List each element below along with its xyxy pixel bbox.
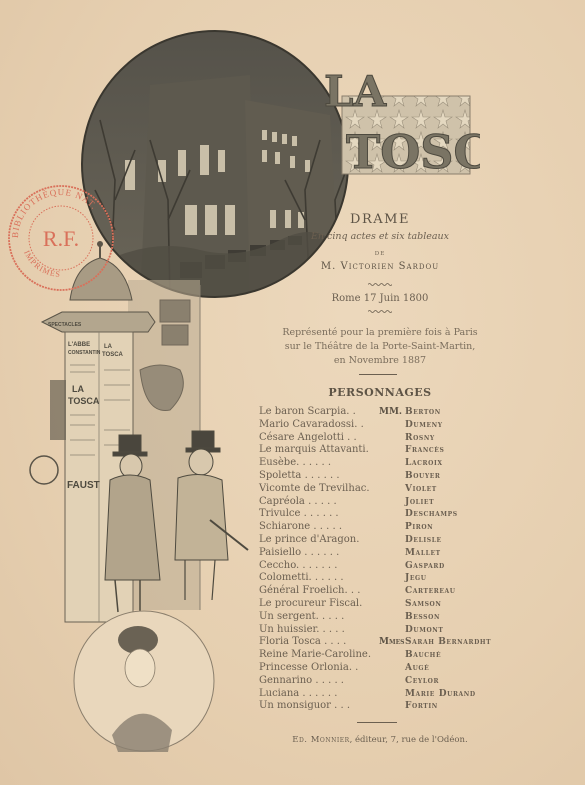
role-name: Un monsiguor . . . [259,700,350,713]
actor-name: Jegu [405,572,427,585]
library-stamp: BIBLIOTHÈQUE NAT. IMPRIMÉS R.F. [4,184,118,292]
premiere-line-1: Représenté pour la première fois à Paris [250,326,510,340]
cast-row: Général Froelich. . .Cartereau [259,585,519,598]
role-name: Le baron Scarpia. . [259,406,356,419]
actor-name: Violet [405,483,437,496]
actor-name: Deschamps [405,508,458,521]
subtitle: En cinq actes et six tableaux [250,231,510,242]
role-name: Vicomte de Trevilhac. [259,483,370,496]
role-name: Le procureur Fiscal. [259,598,362,611]
role-name: Césare Angelotti . . [259,432,357,445]
author: M. Victorien Sardou [250,261,510,272]
actor-name: Francès [405,444,444,457]
actor-name: Besson [405,611,440,624]
cast-row: Floria Tosca . . . .MmesSarah Bernardht [259,636,519,649]
by-label: DE [250,251,510,257]
svg-text:LA: LA [72,384,84,394]
cast-row: Vicomte de Trevilhac.Violet [259,483,519,496]
actor-name: Berton [405,406,441,419]
cast-row: Un monsiguor . . .Fortin [259,700,519,713]
divider-rule [359,374,397,375]
cast-row: Eusèbe. . . . . .Lacroix [259,457,519,470]
la-tosca-title-logo: LA TOSCA [322,64,480,194]
svg-text:CONSTANTIN: CONSTANTIN [68,350,101,356]
actor-name: Fortin [405,700,438,713]
actor-name: Joliet [405,496,434,509]
portrait-medallion [74,611,214,752]
actor-name: Gaspard [405,560,445,573]
actor-prefix: Mmes [379,636,405,649]
ornament-squiggle [368,309,392,314]
svg-text:IMPRIMÉS: IMPRIMÉS [22,249,61,279]
svg-text:LA: LA [324,67,388,116]
cast-row: Le baron Scarpia. .MM.Berton [259,406,519,419]
cast-row: Césare Angelotti . .Rosny [259,432,519,445]
actor-name: Mallet [405,547,441,560]
cast-row: Reine Marie-Caroline.Bauché [259,649,519,662]
role-name: Paisiello . . . . . . [259,547,339,560]
divider-rule [357,722,397,723]
svg-text:TOSCA: TOSCA [68,396,100,406]
actor-name: Augé [405,662,429,675]
cast-row: Princesse Orlonia. .Augé [259,662,519,675]
cast-row: Le procureur Fiscal.Samson [259,598,519,611]
actor-name: Dumeny [405,419,443,432]
svg-text:LA: LA [104,344,113,350]
cast-row: Colometti. . . . . .Jegu [259,572,519,585]
role-name: Eusèbe. . . . . . [259,457,331,470]
role-name: Général Froelich. . . [259,585,360,598]
actor-name: Delisle [405,534,442,547]
role-name: Princesse Orlonia. . [259,662,358,675]
svg-text:L'ABBE: L'ABBE [68,342,90,348]
cast-row: Paisiello . . . . . .Mallet [259,547,519,560]
actor-name: Dumont [405,624,443,637]
actor-prefix: MM. [379,406,402,419]
premiere-line-3: en Novembre 1887 [250,354,510,368]
cast-row: Un huissier. . . . .Dumont [259,624,519,637]
cast-row: Le marquis Attavanti.Francès [259,444,519,457]
role-name: Un sergent. . . . . [259,611,344,624]
role-name: Reine Marie-Caroline. [259,649,371,662]
actor-name: Rosny [405,432,435,445]
cast-row: Mario Cavaradossi. .Dumeny [259,419,519,432]
document-page: L'ABBE CONSTANTIN LA TOSCA LA TOSCA FAUS… [0,0,585,785]
cast-row: Spoletta . . . . . .Bouyer [259,470,519,483]
publisher-line: Ed. Monnier, éditeur, 7, rue de l'Odéon. [250,735,510,745]
role-name: Le marquis Attavanti. [259,444,369,457]
premiere-line-2: sur le Théâtre de la Porte-Saint-Martin, [250,340,510,354]
svg-text:SPECTACLES: SPECTACLES [48,322,82,328]
cast-row: Luciana . . . . . .Marie Durand [259,688,519,701]
setting-date: Rome 17 Juin 1800 [250,293,510,304]
svg-text:FAUST: FAUST [67,480,100,491]
role-name: Schiarone . . . . . [259,521,342,534]
actor-name: Marie Durand [405,688,476,701]
actor-name: Cartereau [405,585,456,598]
role-name: Un huissier. . . . . [259,624,345,637]
cast-row: Trivulce . . . . . .Deschamps [259,508,519,521]
svg-text:TOSCA: TOSCA [102,352,124,358]
cast-list: Le baron Scarpia. .MM.BertonMario Cavara… [259,406,519,713]
actor-name: Sarah Bernardht [405,636,491,649]
actor-name: Bauché [405,649,441,662]
actor-name: Lacroix [405,457,443,470]
role-name: Ceccho. . . . . . . [259,560,337,573]
role-name: Trivulce . . . . . . [259,508,339,521]
actor-name: Samson [405,598,441,611]
actor-name: Piron [405,521,433,534]
svg-text:R.F.: R.F. [43,226,79,251]
ornament-squiggle [368,282,392,287]
cast-row: Gennarino . . . . .Ceylor [259,675,519,688]
role-name: Mario Cavaradossi. . [259,419,364,432]
cast-row: Un sergent. . . . .Besson [259,611,519,624]
actor-name: Ceylor [405,675,439,688]
role-name: Colometti. . . . . . [259,572,344,585]
cast-row: Ceccho. . . . . . .Gaspard [259,560,519,573]
premiere-note: Représenté pour la première fois à Paris… [250,326,510,368]
role-name: Luciana . . . . . . [259,688,337,701]
role-name: Gennarino . . . . . [259,675,344,688]
cast-row: Capréola . . . . .Joliet [259,496,519,509]
role-name: Floria Tosca . . . . [259,636,346,649]
role-name: Le prince d'Aragon. [259,534,359,547]
svg-text:TOSCA: TOSCA [346,125,480,179]
cast-row: Le prince d'Aragon.Delisle [259,534,519,547]
publisher-name: Ed. Monnier [292,735,349,745]
cast-row: Schiarone . . . . .Piron [259,521,519,534]
role-name: Spoletta . . . . . . [259,470,340,483]
actor-name: Bouyer [405,470,441,483]
publisher-address: , éditeur, 7, rue de l'Odéon. [350,735,468,745]
genre-heading: DRAME [250,212,510,227]
personnages-heading: PERSONNAGES [250,386,510,399]
role-name: Capréola . . . . . [259,496,337,509]
